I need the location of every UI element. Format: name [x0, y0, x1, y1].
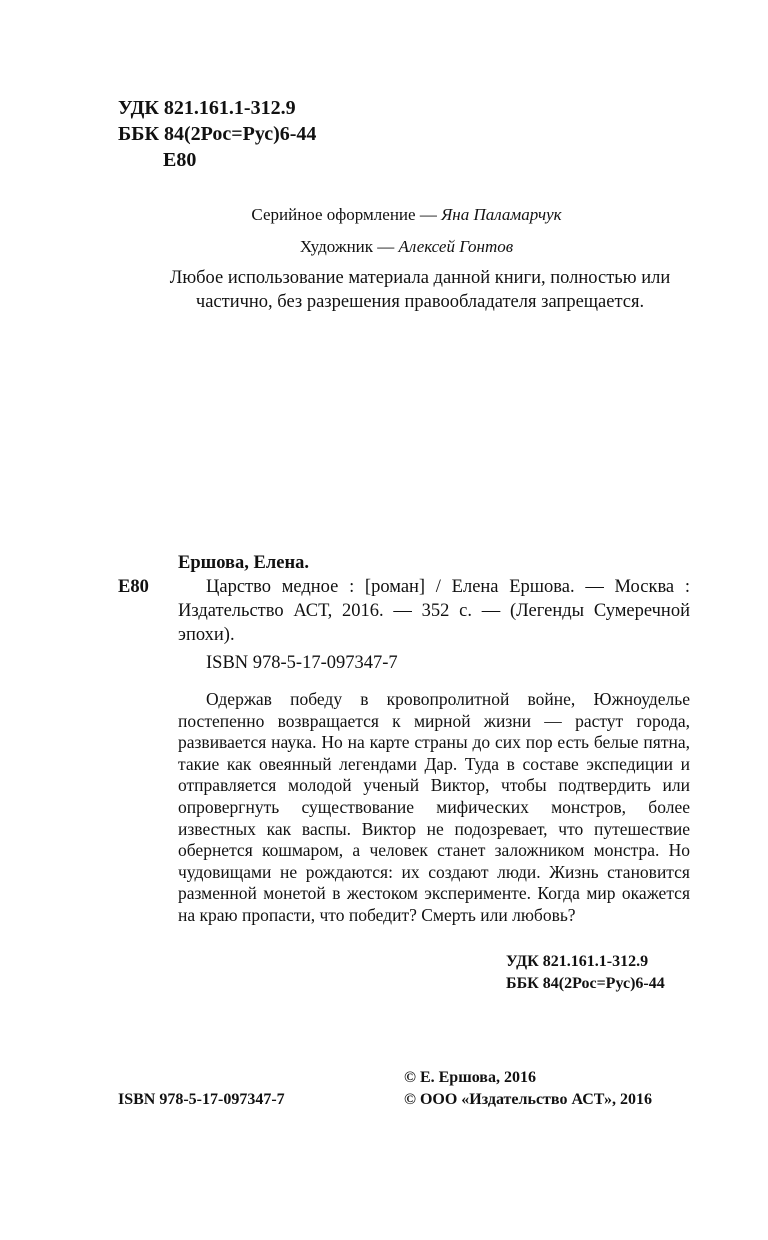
footer-isbn: ISBN 978-5-17-097347-7 [118, 1089, 285, 1111]
artist-name: Алексей Гонтов [399, 237, 514, 256]
author-mark-top: Е80 [163, 147, 196, 173]
bbk-code-bottom: ББК 84(2Рос=Рус)6-44 [506, 973, 665, 995]
udk-code-top: УДК 821.161.1-312.9 [118, 95, 296, 121]
artist-label: Художник — [300, 237, 399, 256]
bib-margin-author-mark: Е80 [118, 575, 149, 599]
udk-code-bottom: УДК 821.161.1-312.9 [506, 951, 648, 973]
bib-author: Ершова, Елена. [178, 551, 690, 575]
bib-description: Царство медное : [роман] / Елена Ершова.… [178, 575, 690, 647]
bbk-code-top: ББК 84(2Рос=Рус)6-44 [118, 121, 316, 147]
book-annotation: Одержав победу в кровопролитной войне, Ю… [178, 689, 690, 927]
series-design-credit: Серийное оформление — Яна Паламарчук [0, 204, 768, 226]
artist-credit: Художник — Алексей Гонтов [0, 236, 768, 258]
copyright-publisher: © ООО «Издательство АСТ», 2016 [404, 1089, 652, 1111]
series-design-name: Яна Паламарчук [441, 205, 562, 224]
bib-isbn: ISBN 978-5-17-097347-7 [206, 651, 398, 675]
series-design-label: Серийное оформление — [251, 205, 441, 224]
rights-notice: Любое использование материала данной кни… [150, 266, 690, 314]
copyright-author: © Е. Ершова, 2016 [404, 1067, 536, 1089]
